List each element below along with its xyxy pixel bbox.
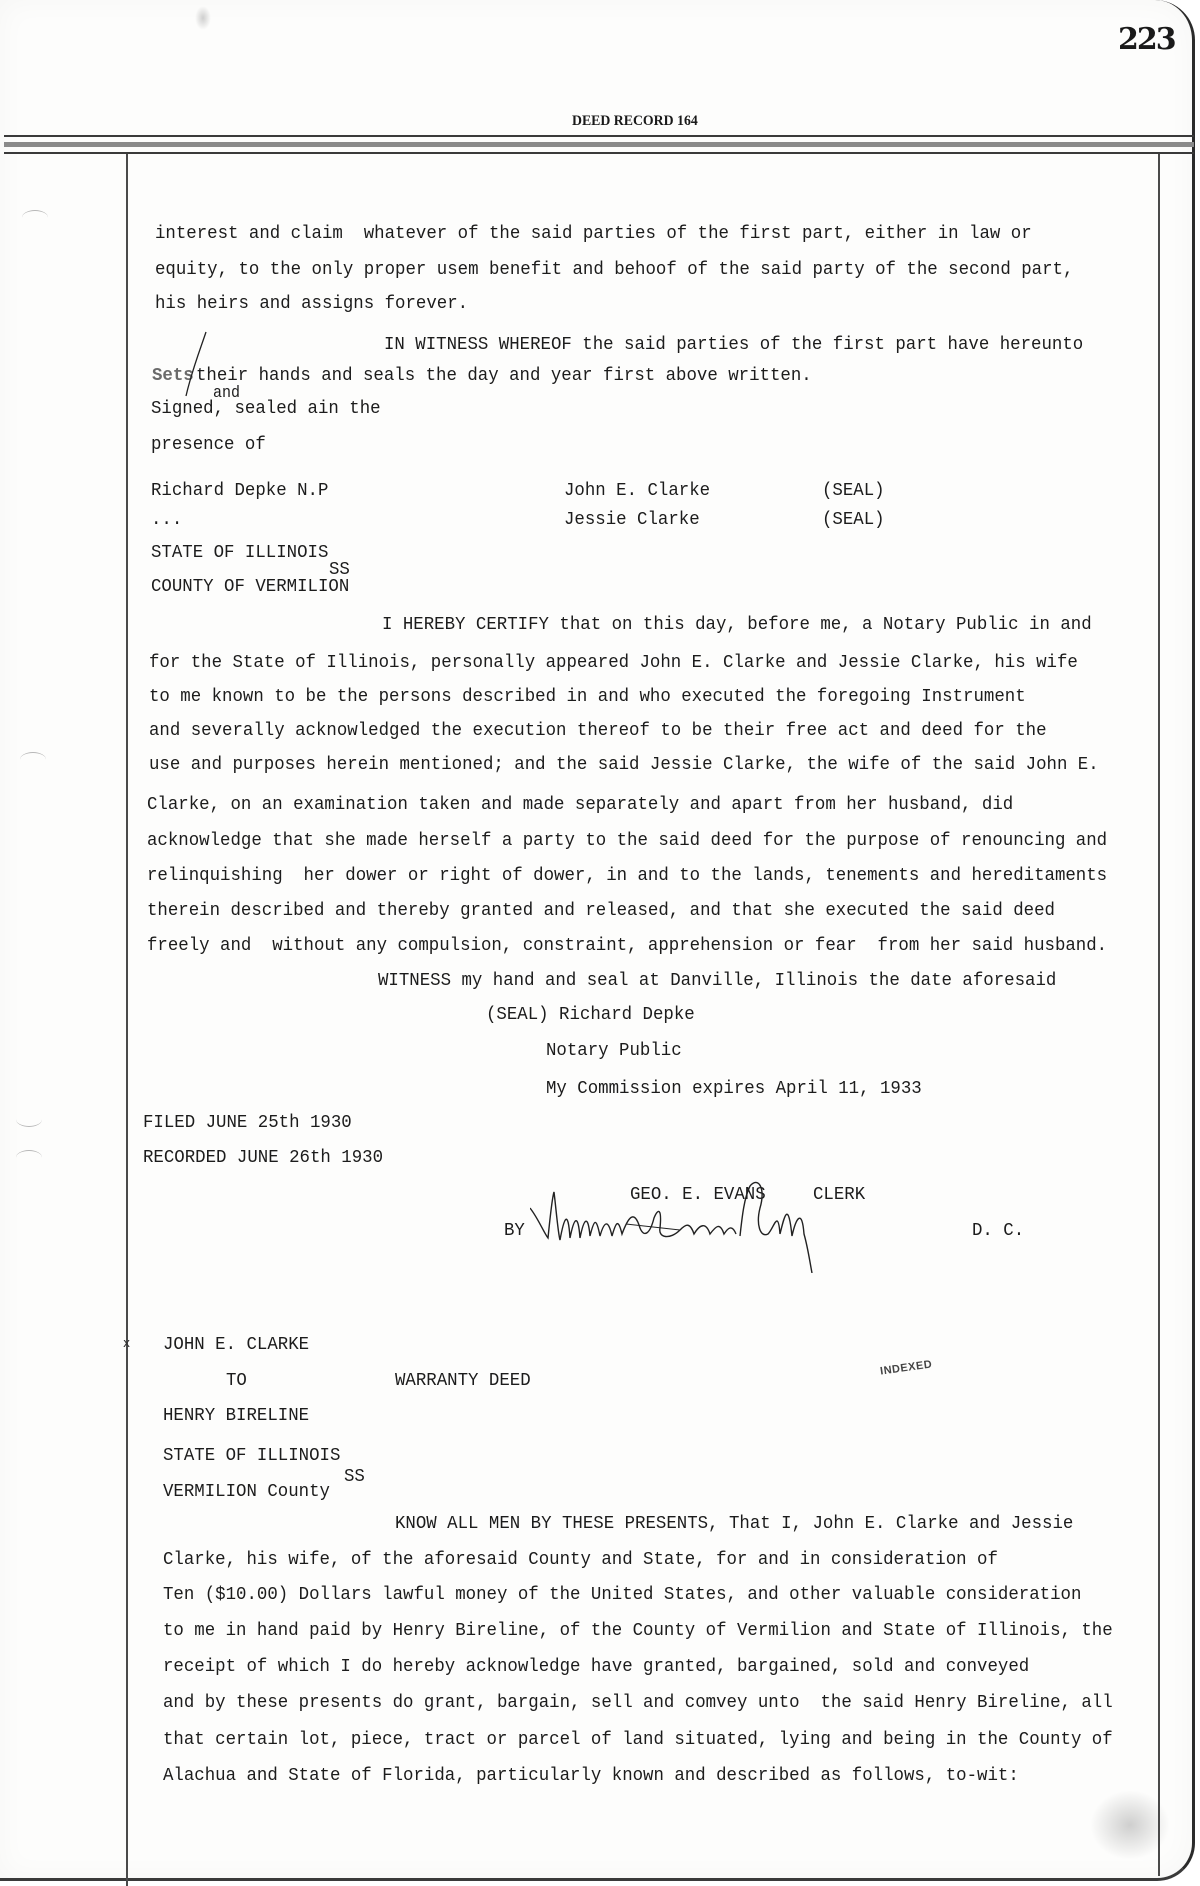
acknowledgment-line: use and purposes herein mentioned; and t…: [149, 755, 1099, 777]
deed-body-line: Ten ($10.00) Dollars lawful money of the…: [163, 1585, 1081, 1607]
handwritten-signature: [530, 1178, 850, 1273]
deed-body-line: Alachua and State of Florida, particular…: [163, 1766, 1019, 1788]
paper-stain: [195, 6, 211, 30]
margin-hole-mark: [16, 1150, 42, 1165]
filed-date: FILED JUNE 25th 1930: [143, 1113, 352, 1135]
deed-text-line: his heirs and assigns forever.: [155, 294, 468, 316]
acknowledgment-line: and severally acknowledged the execution…: [149, 721, 1047, 743]
venue-state: STATE OF ILLINOIS: [151, 543, 328, 565]
acknowledgment-line: for the State of Illinois, personally ap…: [149, 653, 1078, 675]
header-rule: [4, 142, 1194, 147]
venue-state: STATE OF ILLINOIS: [163, 1446, 340, 1468]
acknowledgment-line: I HEREBY CERTIFY that on this day, befor…: [382, 615, 1092, 637]
acknowledgment-line: therein described and thereby granted an…: [147, 901, 1055, 923]
indexed-stamp: INDEXED: [879, 1358, 933, 1377]
deed-body-line: that certain lot, piece, tract or parcel…: [163, 1730, 1113, 1752]
witness-clause: IN WITNESS WHEREOF the said parties of t…: [384, 335, 1083, 357]
deed-text-line: equity, to the only proper usem benefit …: [155, 260, 1073, 282]
venue-county: COUNTY OF VERMILION: [151, 577, 349, 599]
deed-body-line: receipt of which I do hereby acknowledge…: [163, 1657, 1029, 1679]
header-rule: [4, 135, 1194, 137]
acknowledgment-line: freely and without any compulsion, const…: [147, 936, 1107, 958]
left-margin-line: [126, 154, 128, 1886]
grantor-signature: John E. Clarke: [564, 481, 710, 503]
margin-hole-mark: [22, 210, 48, 225]
ledger-page: 223 DEED RECORD 164 interest and claim w…: [0, 0, 1195, 1881]
by-label: BY: [504, 1221, 525, 1243]
recorded-date: RECORDED JUNE 26th 1930: [143, 1148, 383, 1170]
deed-body-line: and by these presents do grant, bargain,…: [163, 1693, 1113, 1715]
acknowledgment-line: acknowledge that she made herself a part…: [147, 831, 1107, 853]
notary-title: Notary Public: [546, 1041, 682, 1063]
notary-commission: My Commission expires April 11, 1933: [546, 1079, 922, 1101]
deed-type: WARRANTY DEED: [395, 1371, 531, 1393]
deed-body-line: to me in hand paid by Henry Bireline, of…: [163, 1621, 1113, 1643]
pen-slash-mark: [180, 330, 210, 400]
acknowledgment-line: to me known to be the persons described …: [149, 687, 1026, 709]
grantor-name: JOHN E. CLARKE: [163, 1335, 309, 1357]
header-rule: [4, 152, 1194, 154]
witness-name: Richard Depke N.P: [151, 481, 328, 503]
witness-ellipsis: ...: [151, 510, 182, 532]
deed-body-line: KNOW ALL MEN BY THESE PRESENTS, That I, …: [395, 1514, 1073, 1536]
acknowledgment-line: relinquishing her dower or right of dowe…: [147, 866, 1107, 888]
signed-sealed-line: Signed, sealed ain the: [151, 399, 381, 421]
page-number: 223: [1118, 22, 1175, 57]
margin-check-mark: x: [123, 1336, 130, 1350]
notary-witness-line: WITNESS my hand and seal at Danville, Il…: [378, 971, 1056, 993]
seal-label: (SEAL): [822, 481, 885, 503]
witness-clause: their hands and seals the day and year f…: [196, 366, 812, 388]
book-title: DEED RECORD 164: [572, 113, 706, 130]
deed-text-line: interest and claim whatever of the said …: [155, 224, 1032, 246]
seal-label: (SEAL): [822, 510, 885, 532]
acknowledgment-line: Clarke, on an examination taken and made…: [147, 795, 1013, 817]
margin-hole-mark: [16, 1112, 42, 1127]
grantee-name: HENRY BIRELINE: [163, 1406, 309, 1428]
presence-line: presence of: [151, 435, 266, 457]
margin-hole-mark: [20, 752, 46, 767]
deputy-clerk-label: D. C.: [972, 1221, 1024, 1243]
venue-county: VERMILION County: [163, 1482, 330, 1504]
venue-ss: SS: [344, 1467, 365, 1489]
grantor-signature: Jessie Clarke: [564, 510, 700, 532]
notary-seal-name: (SEAL) Richard Depke: [486, 1005, 695, 1027]
deed-body-line: Clarke, his wife, of the aforesaid Count…: [163, 1550, 998, 1572]
right-margin-line: [1158, 154, 1160, 1876]
to-label: TO: [226, 1371, 247, 1393]
